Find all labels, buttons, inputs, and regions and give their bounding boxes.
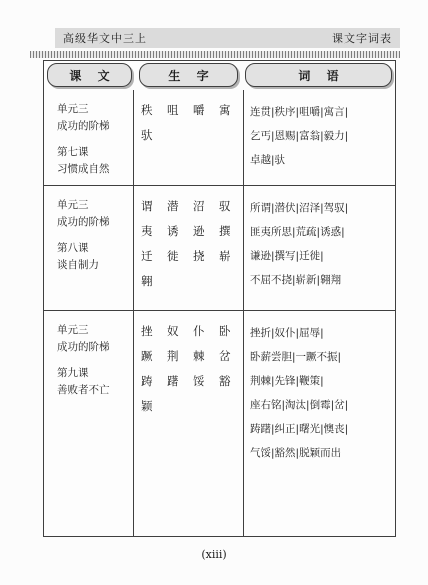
new-character: 撰 (219, 224, 245, 238)
vocab-table: 课 文 生 字 词 语 单元三 成功的阶梯 第七课 习惯成自然 秩 咀 嚼 寓 … (43, 60, 396, 537)
word-line: 谦逊|撰写|迁徙| (250, 244, 391, 268)
column-header-words: 词 语 (245, 63, 392, 87)
column-header-characters: 生 字 (139, 63, 238, 87)
new-character: 岔 (219, 349, 245, 363)
characters-cell: 挫 奴 仆 卧 蹶 荆 棘 岔 踌 躇 馁 豁 颖 (134, 310, 244, 536)
unit-label: 单元三 (57, 197, 129, 214)
new-character: 秩 (141, 103, 167, 117)
lesson-cell: 单元三 成功的阶梯 第七课 习惯成自然 (44, 90, 134, 185)
new-character: 谓 (141, 199, 167, 213)
new-character: 踌 (141, 374, 167, 388)
word-line: 踌躇|纠正|曙光|懊丧| (250, 417, 391, 441)
new-character: 潜 (167, 199, 193, 213)
new-character: 沼 (193, 199, 219, 213)
words-cell: 所谓|潜伏|沼泽|驾驭| 匪夷所思|荒疏|诱惑| 谦逊|撰写|迁徙| 不屈不挠|… (244, 185, 395, 310)
lesson-title: 谈自制力 (57, 257, 129, 274)
new-character: 豁 (219, 374, 245, 388)
words-cell: 连贯|秩序|咀嚼|寓言| 乞丐|恩赐|富翁|毅力| 卓越|驮 (244, 90, 395, 185)
new-character: 蹶 (141, 349, 167, 363)
unit-name: 成功的阶梯 (57, 339, 129, 356)
word-line: 卧薪尝胆|一蹶不振| (250, 345, 391, 369)
word-line: 座右铭|淘汰|倒霉|岔| (250, 393, 391, 417)
new-character: 馁 (193, 374, 219, 388)
new-character: 躇 (167, 374, 193, 388)
new-character: 诱 (167, 224, 193, 238)
new-character: 奴 (167, 324, 193, 338)
lesson-cell: 单元三 成功的阶梯 第八课 谈自制力 (44, 185, 134, 310)
words-cell: 挫折|奴仆|屈辱| 卧薪尝胆|一蹶不振| 荆棘|先锋|鞭策| 座右铭|淘汰|倒霉… (244, 310, 395, 536)
unit-label: 单元三 (57, 101, 129, 118)
section-title: 课文字词表 (332, 30, 392, 46)
new-character: 崭 (219, 249, 245, 263)
word-line: 气馁|豁然|脱颖而出 (250, 441, 391, 465)
new-character: 嚼 (193, 103, 219, 117)
new-character: 徙 (167, 249, 193, 263)
word-line: 挫折|奴仆|屈辱| (250, 321, 391, 345)
lesson-number: 第七课 (57, 144, 129, 161)
table-body: 单元三 成功的阶梯 第七课 习惯成自然 秩 咀 嚼 寓 驮 连贯|秩序|咀嚼|寓… (44, 90, 395, 536)
new-character: 逊 (193, 224, 219, 238)
page-header: 高级华文中三上 课文字词表 (55, 28, 400, 48)
book-title: 高级华文中三上 (63, 30, 147, 46)
new-character: 夷 (141, 224, 167, 238)
new-character: 驭 (219, 199, 245, 213)
new-character: 颖 (141, 399, 167, 413)
new-character: 挠 (193, 249, 219, 263)
new-character: 棘 (193, 349, 219, 363)
new-character: 迁 (141, 249, 167, 263)
page-number: (xiii) (0, 548, 428, 561)
divider-band (30, 51, 400, 58)
lesson-number: 第八课 (57, 240, 129, 257)
table-header-row: 课 文 生 字 词 语 (44, 61, 395, 89)
new-character: 寓 (219, 103, 245, 117)
word-line: 匪夷所思|荒疏|诱惑| (250, 220, 391, 244)
unit-name: 成功的阶梯 (57, 214, 129, 231)
word-line: 不屈不挠|崭新|翱翔 (250, 268, 391, 292)
new-character: 翱 (141, 274, 167, 288)
word-line: 所谓|潜伏|沼泽|驾驭| (250, 196, 391, 220)
unit-label: 单元三 (57, 322, 129, 339)
lesson-cell: 单元三 成功的阶梯 第九课 善败者不亡 (44, 310, 134, 536)
word-line: 连贯|秩序|咀嚼|寓言| (250, 100, 391, 124)
word-line: 荆棘|先锋|鞭策| (250, 369, 391, 393)
new-character: 荆 (167, 349, 193, 363)
unit-name: 成功的阶梯 (57, 118, 129, 135)
word-line: 乞丐|恩赐|富翁|毅力| (250, 124, 391, 148)
lesson-title: 善败者不亡 (57, 382, 129, 399)
new-character: 卧 (219, 324, 245, 338)
new-character: 咀 (167, 103, 193, 117)
characters-cell: 秩 咀 嚼 寓 驮 (134, 90, 244, 185)
lesson-title: 习惯成自然 (57, 161, 129, 178)
new-character: 仆 (193, 324, 219, 338)
new-character: 挫 (141, 324, 167, 338)
lesson-number: 第九课 (57, 365, 129, 382)
word-line: 卓越|驮 (250, 148, 391, 172)
characters-cell: 谓 潜 沼 驭 夷 诱 逊 撰 迁 徙 挠 崭 翱 (134, 185, 244, 310)
column-header-lesson: 课 文 (47, 63, 132, 87)
new-character: 驮 (141, 128, 167, 142)
